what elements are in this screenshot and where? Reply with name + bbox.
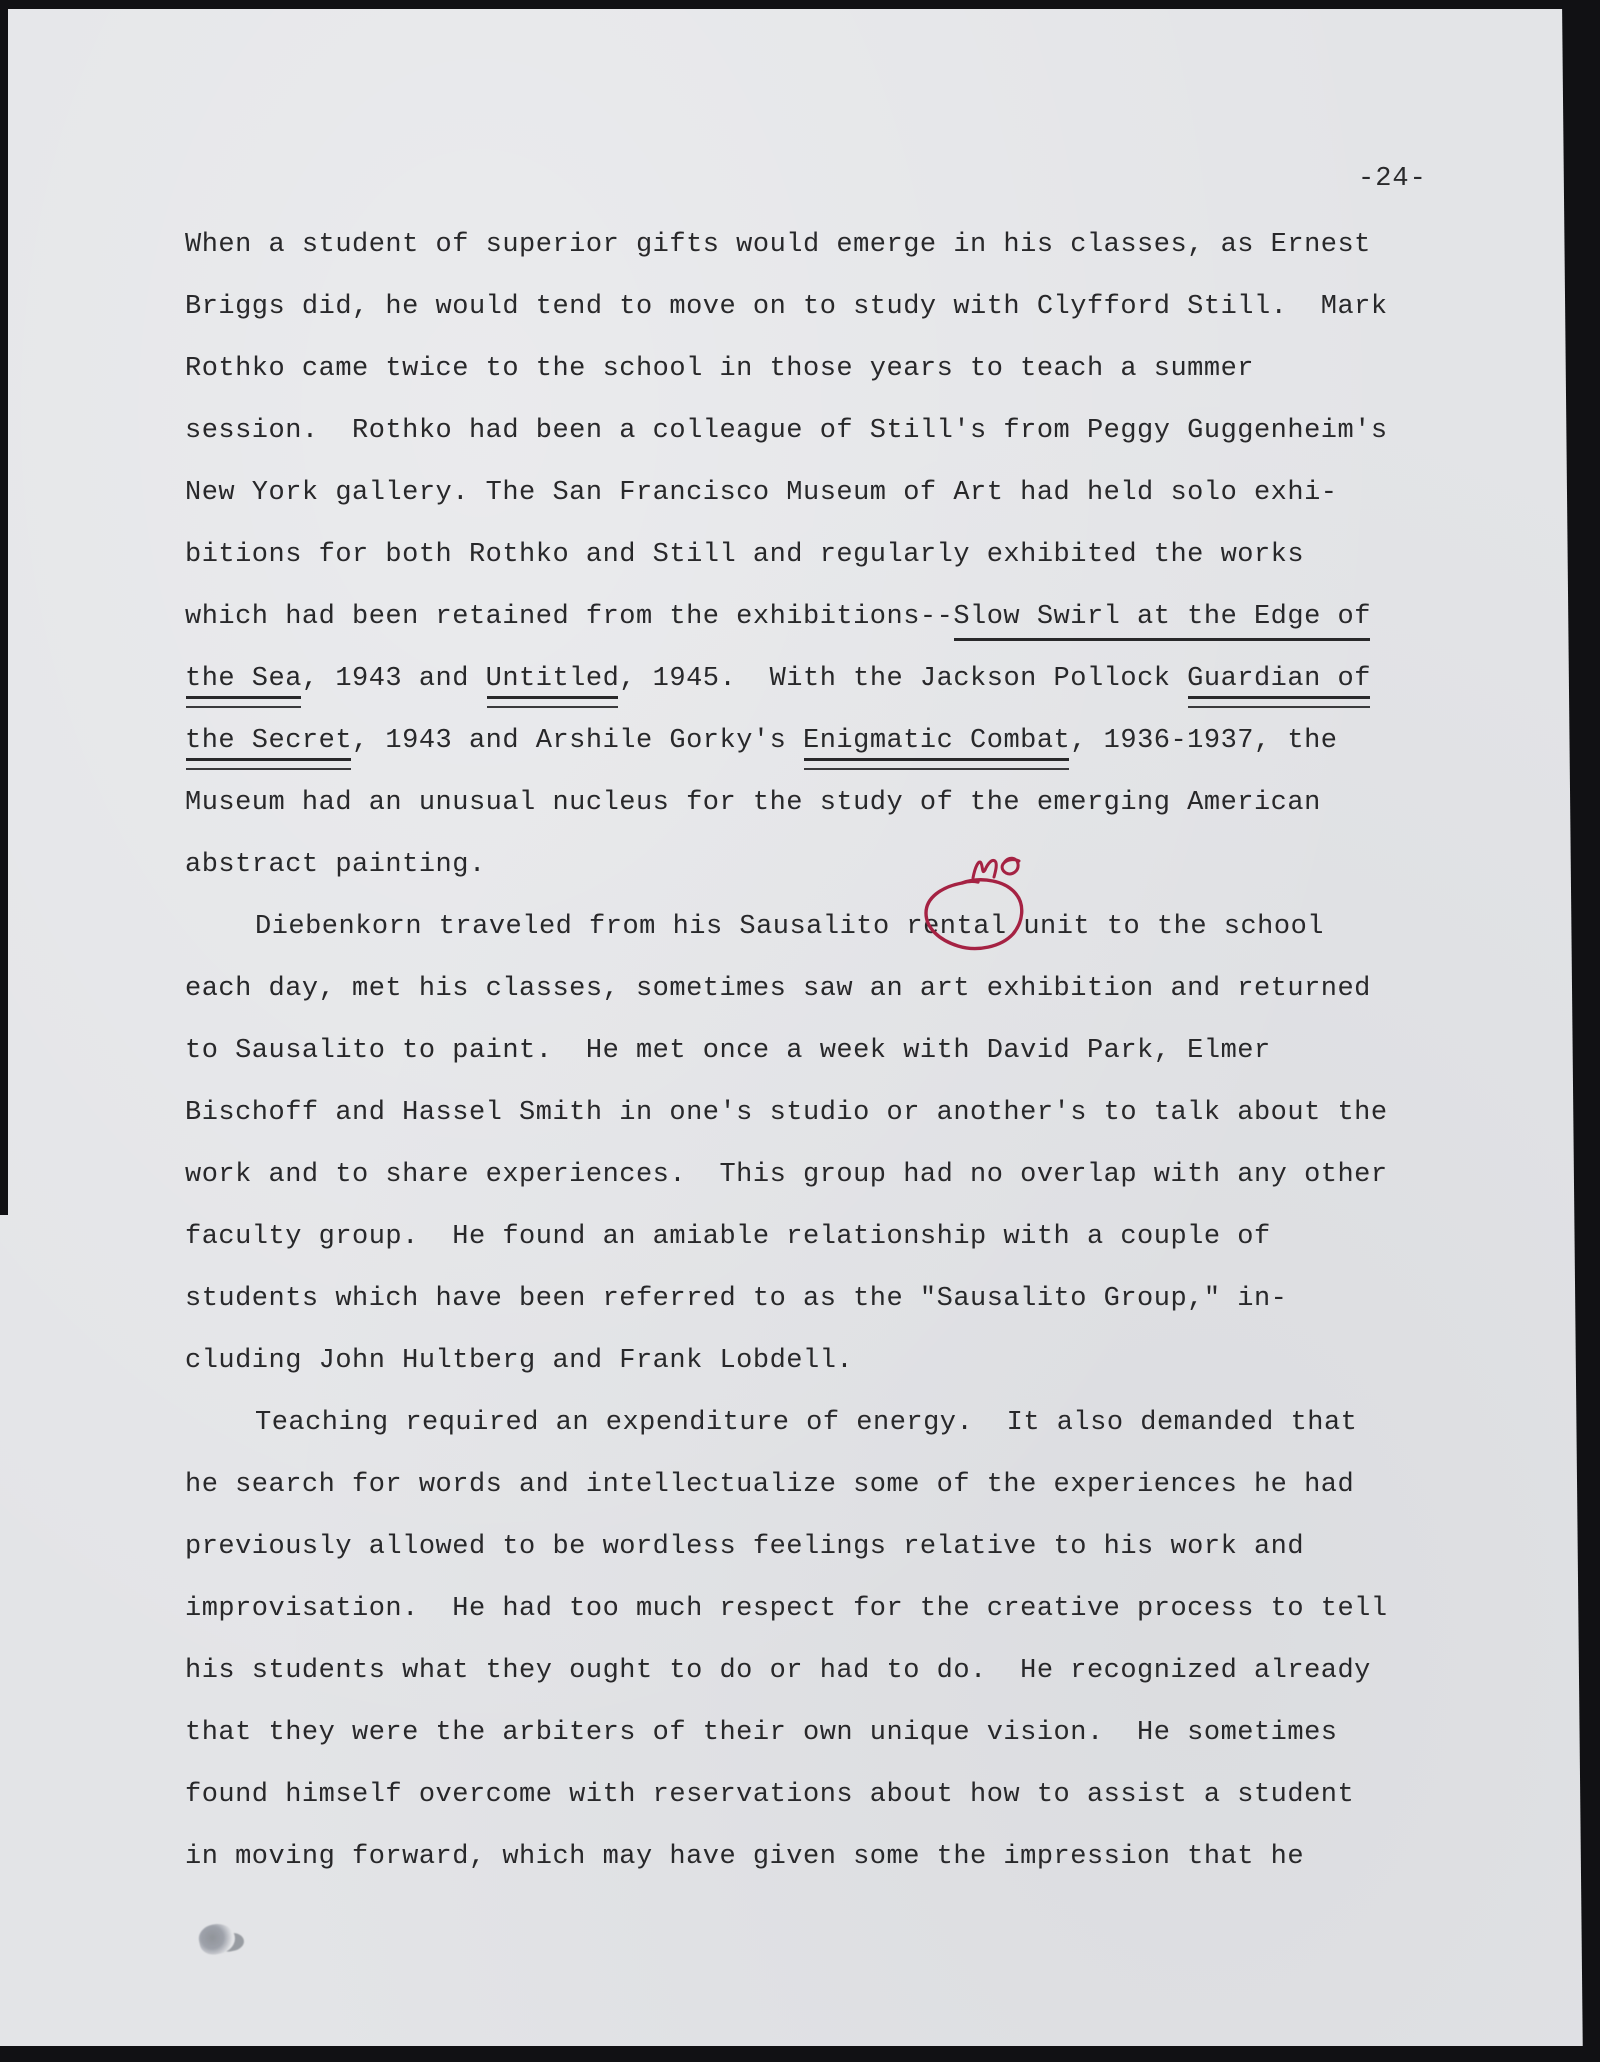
underlined-artwork-title: Enigmatic Combat bbox=[803, 726, 1070, 756]
underlined-artwork-title: the Secret bbox=[185, 726, 352, 756]
text-line: previously allowed to be wordless feelin… bbox=[185, 1516, 1455, 1578]
text-segment: previously allowed to be wordless feelin… bbox=[185, 1532, 1304, 1562]
text-line: bitions for both Rothko and Still and re… bbox=[185, 524, 1455, 586]
text-line: students which have been referred to as … bbox=[185, 1268, 1455, 1330]
text-line: improvisation. He had too much respect f… bbox=[185, 1578, 1455, 1640]
text-segment: When a student of superior gifts would e… bbox=[185, 230, 1371, 260]
text-line: Museum had an unusual nucleus for the st… bbox=[185, 772, 1455, 834]
text-line: the Sea, 1943 and Untitled, 1945. With t… bbox=[185, 648, 1455, 710]
text-segment: that they were the arbiters of their own… bbox=[185, 1718, 1337, 1748]
scanned-page: -24- When a student of superior gifts wo… bbox=[0, 0, 1600, 2062]
text-line: session. Rothko had been a colleague of … bbox=[185, 400, 1455, 462]
text-segment: his students what they ought to do or ha… bbox=[185, 1656, 1371, 1686]
text-segment: each day, met his classes, sometimes saw… bbox=[185, 974, 1371, 1004]
text-segment: Teaching required an expenditure of ener… bbox=[255, 1408, 1357, 1438]
text-line: his students what they ought to do or ha… bbox=[185, 1640, 1455, 1702]
text-segment: New York gallery. The San Francisco Muse… bbox=[185, 478, 1337, 508]
text-line: to Sausalito to paint. He met once a wee… bbox=[185, 1020, 1455, 1082]
text-segment: in moving forward, which may have given … bbox=[185, 1842, 1304, 1872]
text-segment: found himself overcome with reservations… bbox=[185, 1780, 1354, 1810]
scan-border-left bbox=[0, 0, 8, 1215]
text-segment: , 1945. With the Jackson Pollock bbox=[619, 664, 1187, 694]
text-segment: students which have been referred to as … bbox=[185, 1284, 1287, 1314]
text-line: Diebenkorn traveled from his Sausalito r… bbox=[185, 896, 1455, 958]
text-segment: Rothko came twice to the school in those… bbox=[185, 354, 1254, 384]
text-segment: session. Rothko had been a colleague of … bbox=[185, 416, 1388, 446]
text-segment: Bischoff and Hassel Smith in one's studi… bbox=[185, 1098, 1388, 1128]
text-segment: he search for words and intellectualize … bbox=[185, 1470, 1354, 1500]
typewritten-text-body: When a student of superior gifts would e… bbox=[185, 214, 1455, 1888]
text-segment: which had been retained from the exhibit… bbox=[185, 602, 953, 632]
text-line: in moving forward, which may have given … bbox=[185, 1826, 1455, 1888]
text-segment: cluding John Hultberg and Frank Lobdell. bbox=[185, 1346, 853, 1376]
text-segment: improvisation. He had too much respect f… bbox=[185, 1594, 1388, 1624]
scan-border-bottom bbox=[0, 2046, 1600, 2062]
underlined-artwork-title: Untitled bbox=[486, 664, 620, 694]
red-circle-around-rental bbox=[926, 880, 1022, 949]
text-line: cluding John Hultberg and Frank Lobdell. bbox=[185, 1330, 1455, 1392]
text-segment: work and to share experiences. This grou… bbox=[185, 1160, 1388, 1190]
text-segment: , 1936-1937, the bbox=[1070, 726, 1337, 756]
ink-smudge bbox=[196, 1921, 237, 1958]
text-line: which had been retained from the exhibit… bbox=[185, 586, 1455, 648]
text-segment: Diebenkorn traveled from his Sausalito r… bbox=[255, 912, 1324, 942]
text-line: faculty group. He found an amiable relat… bbox=[185, 1206, 1455, 1268]
text-line: Teaching required an expenditure of ener… bbox=[185, 1392, 1455, 1454]
text-line: New York gallery. The San Francisco Muse… bbox=[185, 462, 1455, 524]
text-segment: to Sausalito to paint. He met once a wee… bbox=[185, 1036, 1271, 1066]
page-number: -24- bbox=[1358, 164, 1427, 194]
text-segment: , 1943 and Arshile Gorky's bbox=[352, 726, 803, 756]
text-line: that they were the arbiters of their own… bbox=[185, 1702, 1455, 1764]
text-line: abstract painting. bbox=[185, 834, 1455, 896]
text-line: When a student of superior gifts would e… bbox=[185, 214, 1455, 276]
text-line: each day, met his classes, sometimes saw… bbox=[185, 958, 1455, 1020]
text-line: the Secret, 1943 and Arshile Gorky's Eni… bbox=[185, 710, 1455, 772]
red-pen-annotation bbox=[880, 846, 1040, 966]
text-segment: Briggs did, he would tend to move on to … bbox=[185, 292, 1388, 322]
text-line: Bischoff and Hassel Smith in one's studi… bbox=[185, 1082, 1455, 1144]
underlined-artwork-title: Slow Swirl at the Edge of bbox=[953, 602, 1371, 632]
text-segment: bitions for both Rothko and Still and re… bbox=[185, 540, 1304, 570]
scan-border-right bbox=[1562, 0, 1600, 2062]
scan-border-top bbox=[0, 0, 1600, 9]
text-segment: Museum had an unusual nucleus for the st… bbox=[185, 788, 1321, 818]
text-segment: , 1943 and bbox=[302, 664, 486, 694]
underlined-artwork-title: Guardian of bbox=[1187, 664, 1371, 694]
text-line: he search for words and intellectualize … bbox=[185, 1454, 1455, 1516]
text-segment: abstract painting. bbox=[185, 850, 486, 880]
text-segment: faculty group. He found an amiable relat… bbox=[185, 1222, 1271, 1252]
text-line: Briggs did, he would tend to move on to … bbox=[185, 276, 1455, 338]
handwritten-no-note bbox=[973, 858, 1019, 878]
text-line: Rothko came twice to the school in those… bbox=[185, 338, 1455, 400]
underlined-artwork-title: the Sea bbox=[185, 664, 302, 694]
text-line: work and to share experiences. This grou… bbox=[185, 1144, 1455, 1206]
text-line: found himself overcome with reservations… bbox=[185, 1764, 1455, 1826]
